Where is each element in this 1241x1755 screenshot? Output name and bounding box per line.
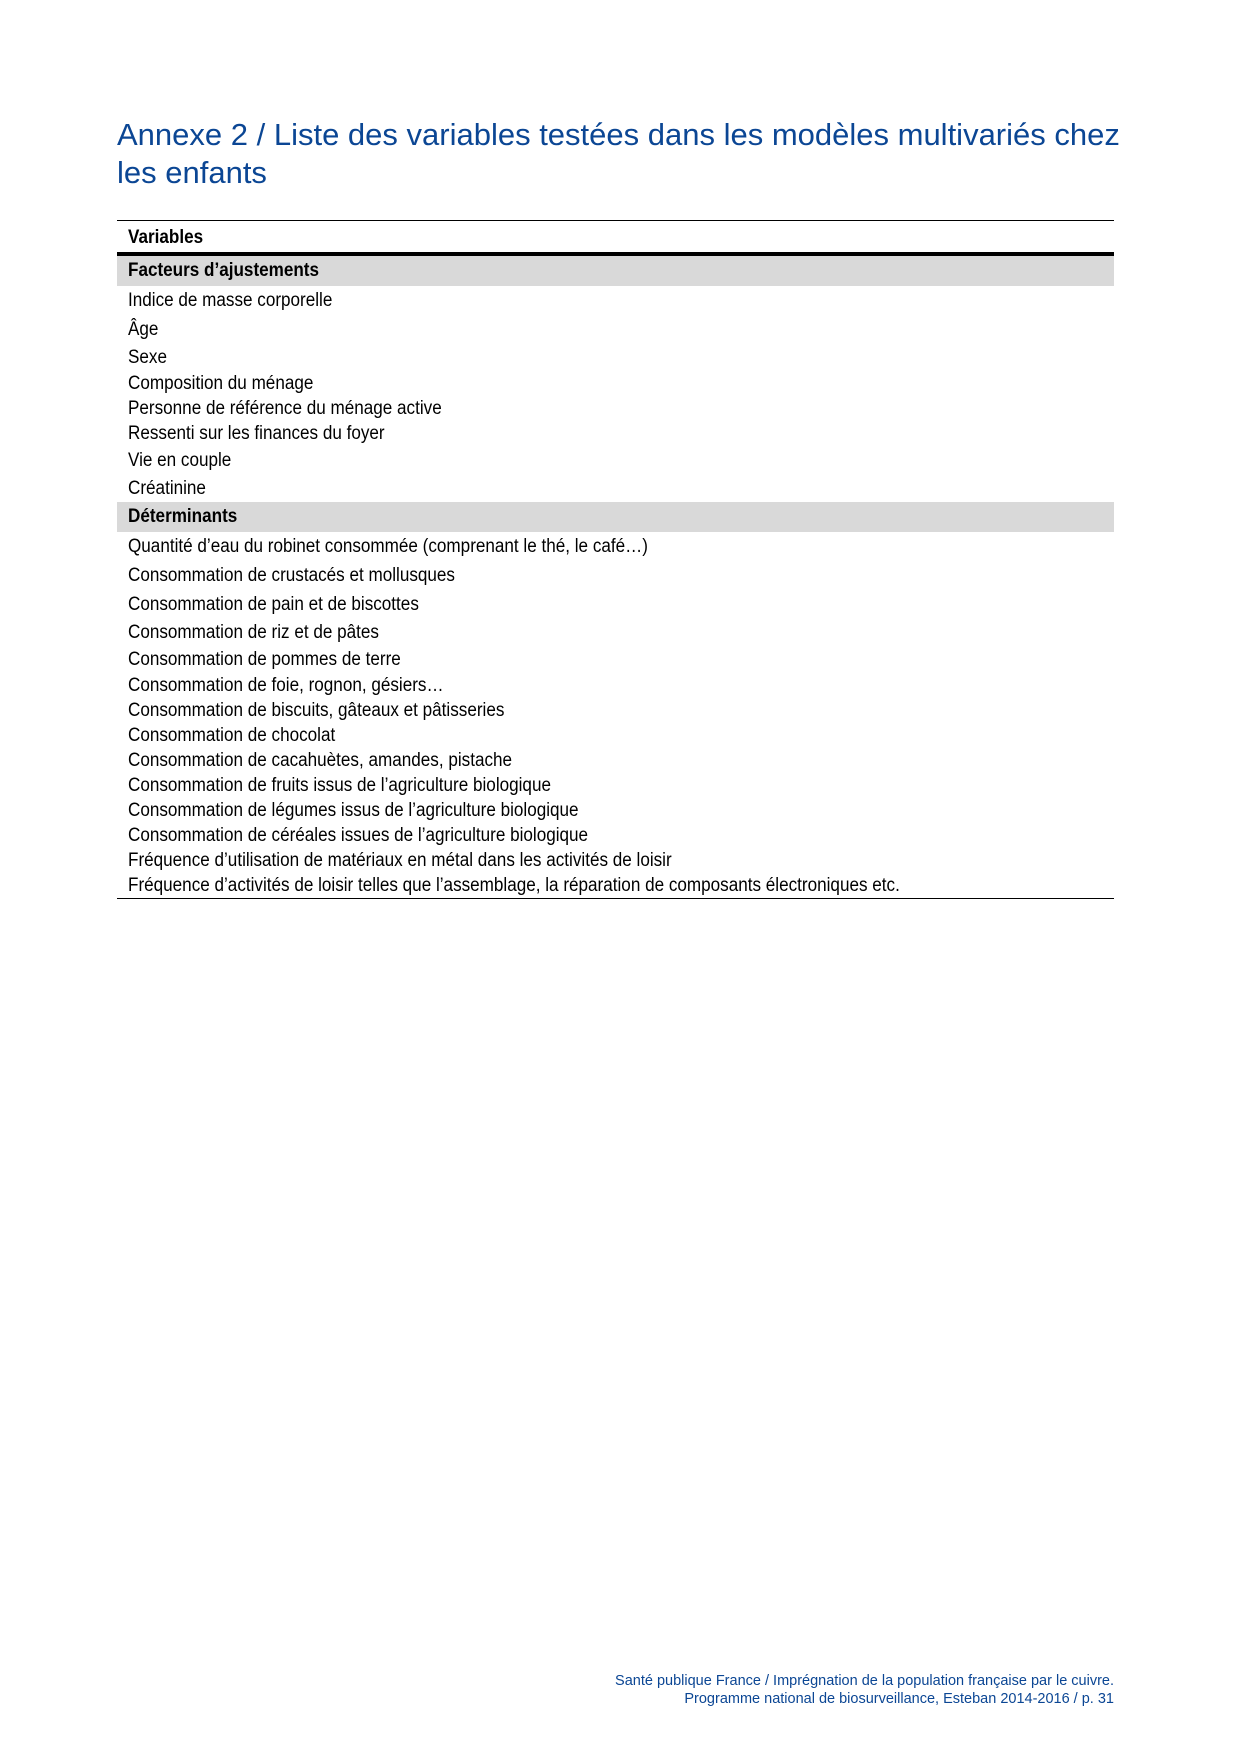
table-row: Fréquence d’activités de loisir telles q… <box>117 873 1114 898</box>
row-label: Consommation de riz et de pâtes <box>128 619 379 647</box>
row-label: Consommation de légumes issus de l’agric… <box>128 798 579 823</box>
table-row: Consommation de pommes de terre <box>117 647 1114 673</box>
row-label: Consommation de céréales issues de l’agr… <box>128 823 588 848</box>
row-label: Personne de référence du ménage active <box>128 396 442 421</box>
footer-line-2: Programme national de biosurveillance, E… <box>615 1690 1114 1708</box>
row-label: Consommation de biscuits, gâteaux et pât… <box>128 698 504 723</box>
row-label: Vie en couple <box>128 446 231 475</box>
row-label: Consommation de fruits issus de l’agricu… <box>128 773 551 798</box>
row-label: Consommation de cacahuètes, amandes, pis… <box>128 748 512 773</box>
row-label: Quantité d’eau du robinet consommée (com… <box>128 532 648 561</box>
table-row: Consommation de foie, rognon, gésiers… <box>117 673 1114 698</box>
section-label: Facteurs d’ajustements <box>128 256 319 286</box>
table-row: Consommation de cacahuètes, amandes, pis… <box>117 748 1114 773</box>
section-header-determinants: Déterminants <box>117 502 1114 532</box>
table-row: Consommation de crustacés et mollusques <box>117 561 1114 590</box>
row-label: Fréquence d’activités de loisir telles q… <box>128 873 900 898</box>
row-label: Consommation de foie, rognon, gésiers… <box>128 673 444 698</box>
row-label: Âge <box>128 315 158 344</box>
row-label: Consommation de pain et de biscottes <box>128 590 419 619</box>
row-label: Indice de masse corporelle <box>128 286 332 315</box>
table-header: Variables <box>117 221 1114 256</box>
table-row: Sexe <box>117 344 1114 371</box>
table-row: Consommation de riz et de pâtes <box>117 619 1114 647</box>
footer-line-1: Santé publique France / Imprégnation de … <box>615 1672 1114 1690</box>
table-row: Consommation de céréales issues de l’agr… <box>117 823 1114 848</box>
row-label: Ressenti sur les finances du foyer <box>128 421 385 446</box>
table-row: Consommation de pain et de biscottes <box>117 590 1114 619</box>
table-row: Composition du ménage <box>117 371 1114 396</box>
variables-table: Variables Facteurs d’ajustements Indice … <box>117 220 1114 899</box>
row-label: Sexe <box>128 344 167 371</box>
page-footer: Santé publique France / Imprégnation de … <box>615 1672 1114 1708</box>
table-row: Consommation de chocolat <box>117 723 1114 748</box>
section-header-adjustment-factors: Facteurs d’ajustements <box>117 256 1114 286</box>
table-row: Indice de masse corporelle <box>117 286 1114 315</box>
table-row: Âge <box>117 315 1114 344</box>
row-label: Créatinine <box>128 475 206 502</box>
section-rows-determinants: Quantité d’eau du robinet consommée (com… <box>117 532 1114 898</box>
table-row: Consommation de fruits issus de l’agricu… <box>117 773 1114 798</box>
table-row: Consommation de légumes issus de l’agric… <box>117 798 1114 823</box>
table-row: Quantité d’eau du robinet consommée (com… <box>117 532 1114 561</box>
row-label: Fréquence d’utilisation de matériaux en … <box>128 848 672 873</box>
row-label: Consommation de chocolat <box>128 723 335 748</box>
section-rows-adjustment-factors: Indice de masse corporelleÂgeSexeComposi… <box>117 286 1114 502</box>
table-header-label: Variables <box>128 221 203 254</box>
table-row: Ressenti sur les finances du foyer <box>117 421 1114 446</box>
table-row: Fréquence d’utilisation de matériaux en … <box>117 848 1114 873</box>
row-label: Consommation de pommes de terre <box>128 647 401 673</box>
row-label: Composition du ménage <box>128 371 313 396</box>
table-row: Consommation de biscuits, gâteaux et pât… <box>117 698 1114 723</box>
table-row: Personne de référence du ménage active <box>117 396 1114 421</box>
table-row: Créatinine <box>117 475 1114 502</box>
section-label: Déterminants <box>128 502 237 532</box>
row-label: Consommation de crustacés et mollusques <box>128 561 455 590</box>
page-title: Annexe 2 / Liste des variables testées d… <box>117 116 1127 192</box>
table-row: Vie en couple <box>117 446 1114 475</box>
